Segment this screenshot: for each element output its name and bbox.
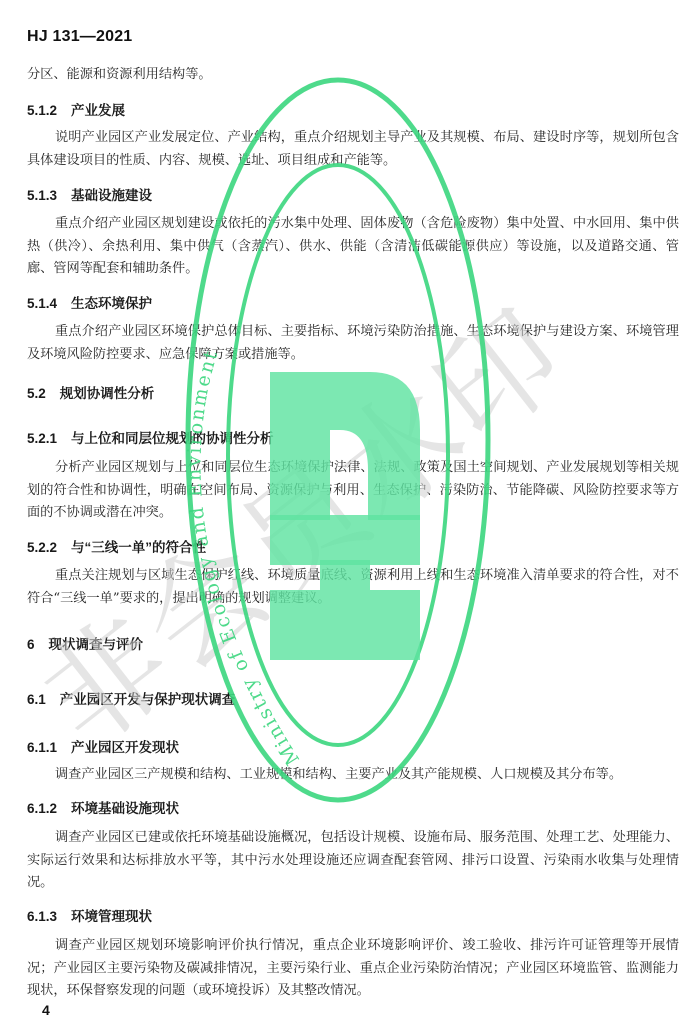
- heading-number: 5.1.3: [27, 188, 57, 203]
- heading-number: 5.1.2: [27, 103, 57, 118]
- paragraph-management-status: 调查产业园区规划环境影响评价执行情况，重点企业环境影响评价、竣工验收、排污许可证…: [27, 935, 679, 1003]
- heading-number: 6.1.2: [27, 801, 57, 816]
- heading-title: 规划协调性分析: [60, 386, 155, 401]
- heading-title: 产业园区开发现状: [71, 740, 179, 755]
- heading-number: 6: [27, 637, 35, 652]
- paragraph-development-status: 调查产业园区三产规模和结构、工业规模和结构、主要产业及其产能规模、人口规模及其分…: [27, 764, 679, 787]
- heading-5-1-4: 5.1.4生态环境保护: [27, 292, 152, 312]
- heading-title: 产业园区开发与保护现状调查: [60, 692, 236, 707]
- heading-6-1-1: 6.1.1产业园区开发现状: [27, 736, 179, 756]
- heading-6-1-3: 6.1.3环境管理现状: [27, 905, 152, 925]
- paragraph-industry-development: 说明产业园区产业发展定位、产业结构，重点介绍规划主导产业及其规模、布局、建设时序…: [27, 127, 679, 172]
- paragraph-coordination: 分析产业园区规划与上位和同层位生态环境保护法律、法规、政策及国土空间规划、产业发…: [27, 457, 679, 525]
- heading-number: 5.2.2: [27, 540, 57, 555]
- paragraph-eco-protection: 重点介绍产业园区环境保护总体目标、主要指标、环境污染防治措施、生态环境保护与建设…: [27, 321, 679, 366]
- heading-number: 6.1.3: [27, 909, 57, 924]
- heading-6-1: 6.1产业园区开发与保护现状调查: [27, 688, 235, 708]
- paragraph-infrastructure: 重点介绍产业园区规划建设或依托的污水集中处理、固体废物（含危险废物）集中处置、中…: [27, 213, 679, 281]
- heading-title: 与上位和同层位规划的协调性分析: [71, 431, 274, 446]
- heading-6: 6现状调查与评价: [27, 633, 143, 653]
- heading-title: 环境管理现状: [71, 909, 152, 924]
- heading-6-1-2: 6.1.2环境基础设施现状: [27, 797, 179, 817]
- paragraph-infrastructure-status: 调查产业园区已建或依托环境基础设施概况，包括设计规模、设施布局、服务范围、处理工…: [27, 827, 679, 895]
- heading-5-2-1: 5.2.1与上位和同层位规划的协调性分析: [27, 427, 274, 447]
- heading-title: 生态环境保护: [71, 296, 152, 311]
- paragraph-three-lines: 重点关注规划与区域生态保护红线、环境质量底线、资源利用上线和生态环境准入清单要求…: [27, 565, 679, 610]
- heading-title: 现状调查与评价: [49, 637, 144, 652]
- heading-5-1-2: 5.1.2产业发展: [27, 99, 125, 119]
- heading-title: 产业发展: [71, 103, 125, 118]
- heading-5-1-3: 5.1.3基础设施建设: [27, 184, 152, 204]
- heading-5-2-2: 5.2.2与“三线一单”的符合性: [27, 536, 206, 556]
- standard-id: HJ 131—2021: [27, 28, 132, 46]
- page-number: 4: [42, 1002, 50, 1018]
- heading-5-2: 5.2规划协调性分析: [27, 382, 154, 402]
- heading-number: 5.1.4: [27, 296, 57, 311]
- heading-title: 环境基础设施现状: [71, 801, 179, 816]
- paragraph-continuation: 分区、能源和资源利用结构等。: [27, 64, 679, 87]
- heading-number: 6.1: [27, 692, 46, 707]
- heading-title: 与“三线一单”的符合性: [71, 540, 206, 555]
- heading-title: 基础设施建设: [71, 188, 152, 203]
- heading-number: 6.1.1: [27, 740, 57, 755]
- heading-number: 5.2.1: [27, 431, 57, 446]
- heading-number: 5.2: [27, 386, 46, 401]
- document-page: HJ 131—2021 分区、能源和资源利用结构等。 5.1.2产业发展 说明产…: [0, 0, 700, 1029]
